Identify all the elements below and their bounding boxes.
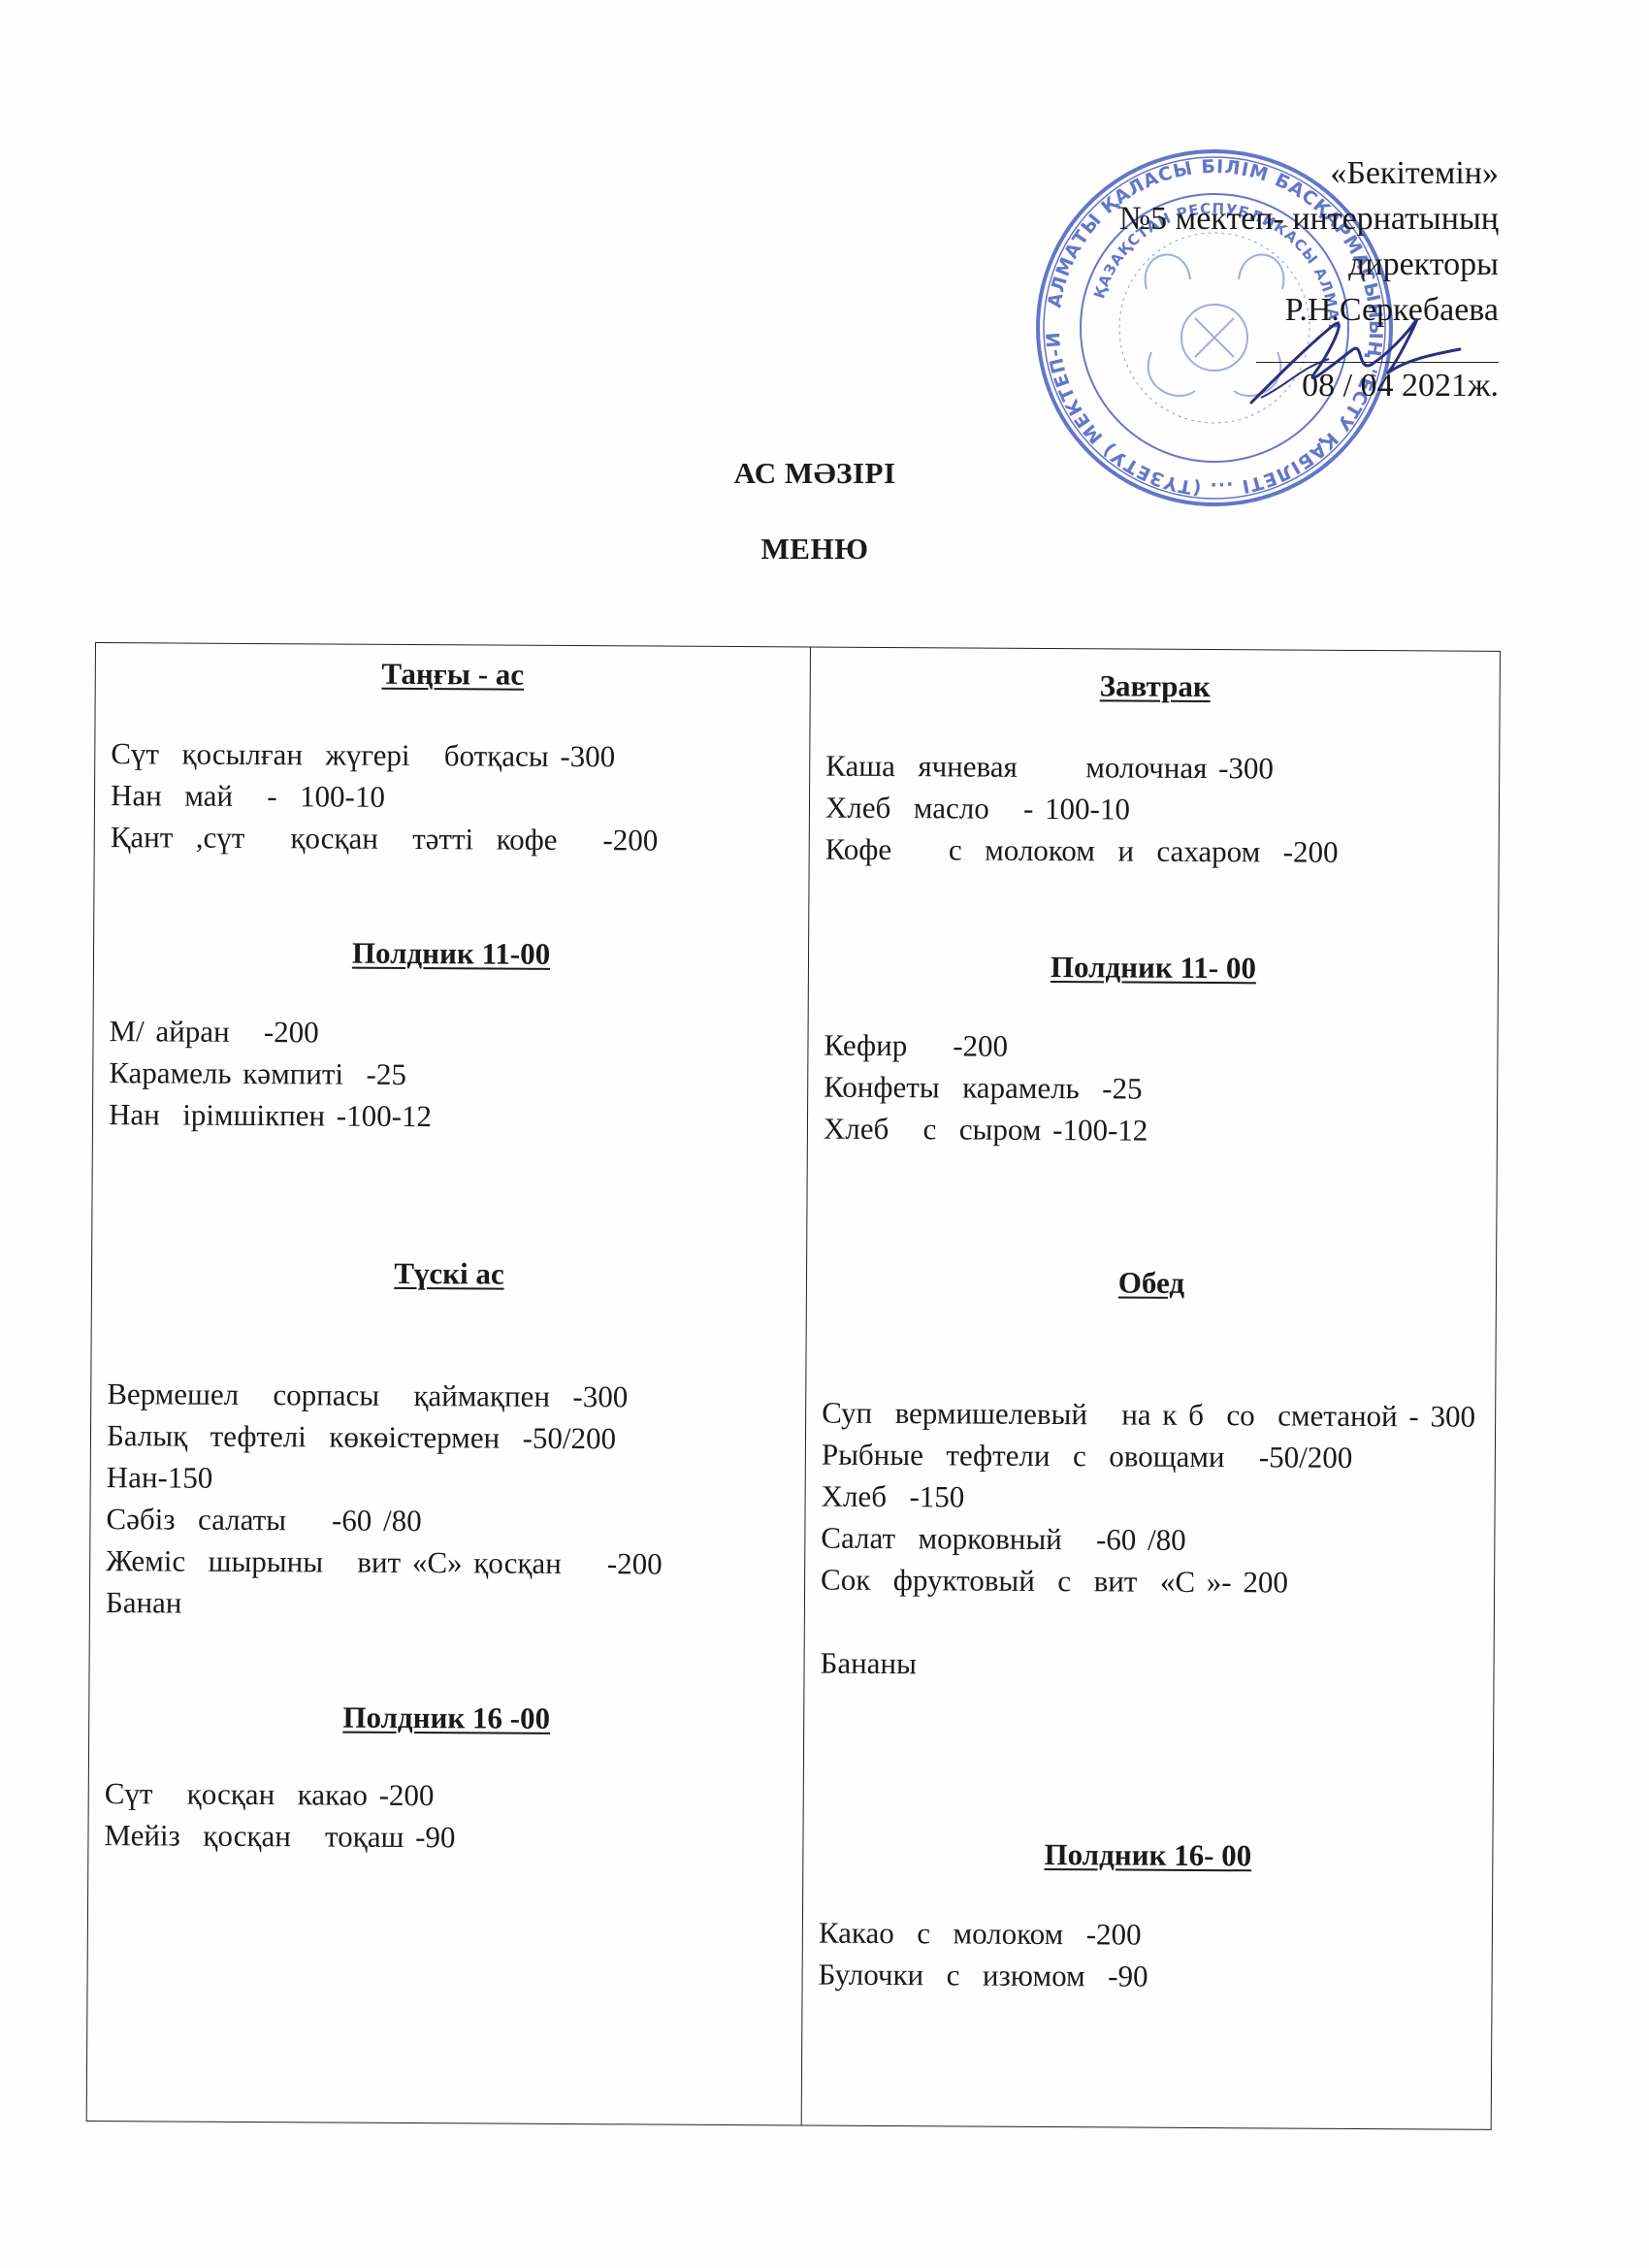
menu-items: Каша ячневая молочная -300 Хлеб масло - … bbox=[810, 745, 1500, 874]
menu-item: Хлеб с сыром -100-12 bbox=[824, 1108, 1497, 1153]
menu-column-russian: Завтрак Каша ячневая молочная -300 Хлеб … bbox=[802, 648, 1500, 2129]
menu-item: Сүт қосқан какао -200 bbox=[105, 1772, 803, 1818]
menu-item: Каша ячневая молочная -300 bbox=[825, 745, 1499, 791]
section-heading: Полдник 11-00 bbox=[94, 934, 808, 973]
menu-table: Таңғы - ас Сүт қосылған жүгері ботқасы -… bbox=[86, 642, 1501, 2130]
menu-items: М/ айран -200 Карамель кәмпиті -25 Нан і… bbox=[93, 1010, 808, 1139]
menu-section-lunch-ru: Обед Суп вермишелевый на к б со сметаной… bbox=[804, 1263, 1496, 1687]
menu-section-snack-16-ru: Полдник 16- 00 Какао с молоком -200 Було… bbox=[802, 1835, 1492, 1998]
menu-item: Карамель кәмпиті -25 bbox=[109, 1052, 807, 1097]
page-title-russian: МЕНЮ bbox=[0, 532, 1639, 567]
menu-section-snack-16-kz: Полдник 16 -00 Сүт қосқан какао -200 Мей… bbox=[88, 1699, 803, 1860]
section-heading: Полдник 16 -00 bbox=[89, 1699, 803, 1737]
menu-item: Суп вермишелевый на к б со сметаной - 30… bbox=[822, 1392, 1495, 1438]
section-heading: Полдник 11- 00 bbox=[809, 949, 1498, 988]
approval-position: директоры bbox=[1119, 242, 1499, 287]
section-heading: Таңғы - ас bbox=[96, 655, 810, 694]
menu-section-breakfast-kz: Таңғы - ас Сүт қосылған жүгері ботқасы -… bbox=[95, 655, 810, 861]
section-heading: Түскі ас bbox=[92, 1254, 806, 1293]
menu-item: Банан bbox=[106, 1581, 804, 1627]
menu-item: Рыбные тефтели с овощами -50/200 bbox=[822, 1434, 1495, 1479]
menu-items: Вермешел сорпасы қаймақпен -300 Балық те… bbox=[90, 1373, 806, 1627]
menu-item: М/ айран -200 bbox=[109, 1010, 807, 1055]
menu-item: Сок фруктовый с вит «С »- 200 bbox=[821, 1559, 1494, 1604]
menu-item: Қант ,сүт қосқан тәтті кофе -200 bbox=[111, 816, 809, 861]
menu-items: Сүт қосылған жүгері ботқасы -300 Нан май… bbox=[95, 732, 810, 861]
menu-item: Бананы bbox=[820, 1642, 1493, 1688]
menu-item: Нан-150 bbox=[107, 1456, 805, 1502]
menu-item: Нан май - 100-10 bbox=[111, 774, 809, 820]
section-heading: Завтрак bbox=[811, 667, 1500, 706]
menu-item: Кефир -200 bbox=[824, 1024, 1497, 1070]
menu-item: Сүт қосылған жүгері ботқасы -300 bbox=[111, 732, 809, 778]
document-page: АЛМАТЫ ҚАЛАСЫ БІЛІМ БАСҚАРМАСЫНЫҢ "ЕСТУ … bbox=[0, 0, 1649, 2268]
menu-item bbox=[821, 1601, 1494, 1646]
menu-item: Булочки с изюмом -90 bbox=[818, 1954, 1491, 1999]
menu-item: Какао с молоком -200 bbox=[819, 1912, 1492, 1958]
menu-item: Конфеты карамель -25 bbox=[824, 1066, 1497, 1112]
menu-item: Жеміс шырыны вит «С» қосқан -200 bbox=[106, 1539, 804, 1585]
menu-section-breakfast-ru: Завтрак Каша ячневая молочная -300 Хлеб … bbox=[810, 667, 1500, 874]
menu-items: Какао с молоком -200 Булочки с изюмом -9… bbox=[802, 1911, 1492, 1998]
director-signature-icon bbox=[1242, 306, 1465, 412]
menu-item: Мейіз қосқан тоқаш -90 bbox=[104, 1814, 802, 1860]
menu-item: Балық тефтелі көкөістермен -50/200 bbox=[107, 1414, 805, 1460]
menu-item: Вермешел сорпасы қаймақпен -300 bbox=[107, 1373, 805, 1418]
menu-items: Суп вермишелевый на к б со сметаной - 30… bbox=[804, 1391, 1495, 1687]
menu-section-lunch-kz: Түскі ас Вермешел сорпасы қаймақпен -300… bbox=[90, 1254, 806, 1627]
menu-section-snack-11-kz: Полдник 11-00 М/ айран -200 Карамель кәм… bbox=[93, 934, 808, 1139]
approval-heading: «Бекітемін» bbox=[1119, 150, 1499, 196]
menu-item: Кофе с молоком и сахаром -200 bbox=[825, 828, 1499, 874]
menu-item: Хлеб масло - 100-10 bbox=[825, 787, 1499, 832]
section-heading: Обед bbox=[807, 1263, 1496, 1302]
section-heading: Полдник 16- 00 bbox=[803, 1835, 1492, 1874]
menu-items: Сүт қосқан какао -200 Мейіз қосқан тоқаш… bbox=[88, 1772, 803, 1860]
menu-column-kazakh: Таңғы - ас Сүт қосылған жүгері ботқасы -… bbox=[87, 643, 811, 2124]
menu-item: Хлеб -150 bbox=[822, 1475, 1495, 1521]
approval-school: №5 мектеп- интернатының bbox=[1119, 196, 1499, 242]
menu-section-snack-11-ru: Полдник 11- 00 Кефир -200 Конфеты караме… bbox=[808, 949, 1498, 1153]
menu-item: Нан ірімшікпен -100-12 bbox=[109, 1093, 807, 1139]
menu-item: Сәбіз салаты -60 /80 bbox=[106, 1498, 804, 1543]
menu-item: Салат морковный -60 /80 bbox=[821, 1517, 1494, 1563]
menu-items: Кефир -200 Конфеты карамель -25 Хлеб с с… bbox=[808, 1024, 1498, 1153]
